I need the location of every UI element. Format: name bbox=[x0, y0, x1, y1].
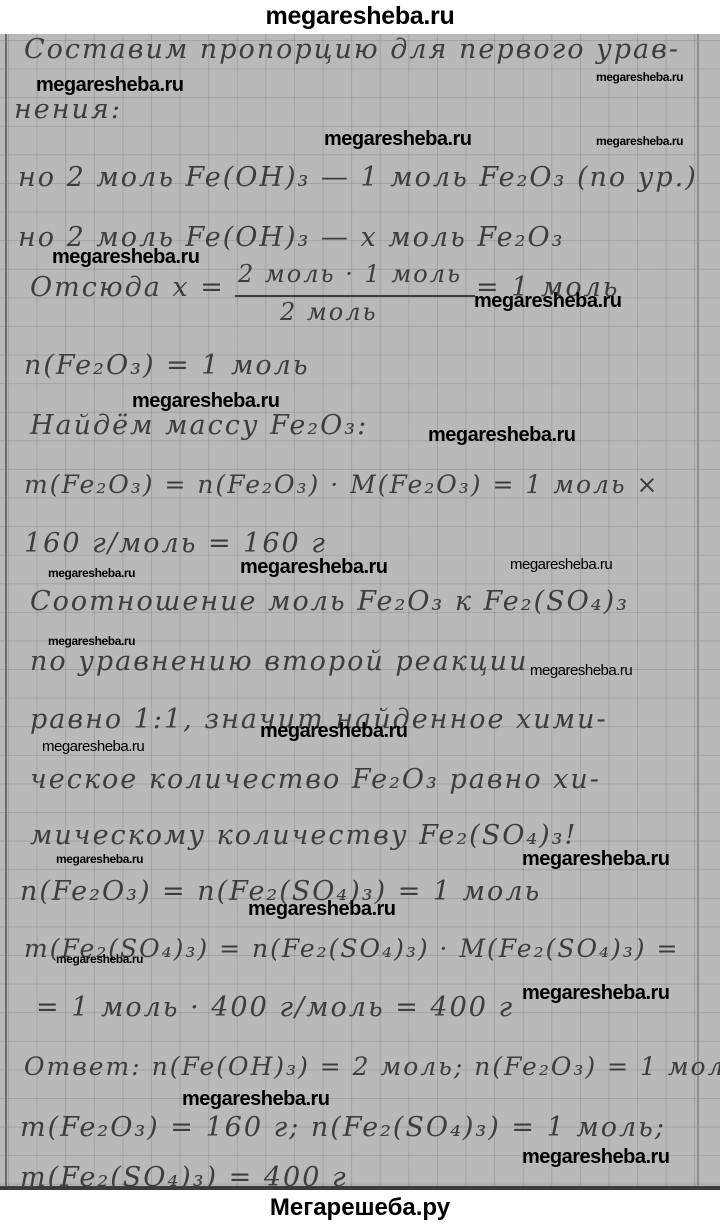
solution-line-11: по уравнению второй реакции bbox=[30, 646, 528, 677]
watermark: megaresheba.ru bbox=[530, 662, 632, 679]
watermark: megaresheba.ru bbox=[48, 566, 135, 580]
watermark: megaresheba.ru bbox=[474, 290, 622, 313]
watermark: megaresheba.ru bbox=[182, 1088, 330, 1111]
solution-line-10: Соотношение моль Fe₂O₃ к Fe₂(SO₄)₃ bbox=[30, 586, 629, 617]
watermark: megaresheba.ru bbox=[48, 634, 135, 648]
watermark: megaresheba.ru bbox=[42, 738, 144, 755]
fraction-numerator: 2 моль · 1 моль bbox=[238, 260, 462, 288]
watermark: megaresheba.ru bbox=[56, 952, 143, 966]
watermark: megaresheba.ru bbox=[240, 556, 388, 579]
watermark: megaresheba.ru bbox=[132, 390, 280, 413]
watermark: megaresheba.ru bbox=[52, 246, 200, 269]
solution-line-13: ческое количество Fe₂O₃ равно хи- bbox=[30, 764, 601, 795]
watermark: megaresheba.ru bbox=[596, 70, 683, 84]
watermark: megaresheba.ru bbox=[596, 134, 683, 148]
solution-line-1: Составим пропорцию для первого урав- bbox=[24, 34, 680, 65]
solution-line-6: n(Fe₂O₃) = 1 моль bbox=[24, 350, 310, 381]
solution-line-2: нения: bbox=[14, 94, 122, 125]
watermark: megaresheba.ru bbox=[260, 720, 408, 743]
watermark: megaresheba.ru bbox=[522, 848, 670, 871]
answer-line-3: m(Fe₂(SO₄)₃) = 400 г bbox=[20, 1162, 348, 1193]
fraction-denominator: 2 моль bbox=[280, 298, 378, 326]
answer-line-1: Ответ: n(Fe(OH)₃) = 2 моль; n(Fe₂O₃) = 1… bbox=[24, 1052, 720, 1081]
solution-line-5: Отсюда x = bbox=[30, 272, 225, 303]
site-footer: Мегарешеба.ру bbox=[0, 1190, 720, 1226]
solution-line-14: мическому количеству Fe₂(SO₄)₃! bbox=[30, 820, 577, 851]
solution-line-17: = 1 моль · 400 г/моль = 400 г bbox=[36, 992, 514, 1023]
watermark: megaresheba.ru bbox=[510, 556, 612, 573]
margin-line-right bbox=[697, 34, 699, 1186]
watermark: megaresheba.ru bbox=[248, 898, 396, 921]
watermark: megaresheba.ru bbox=[36, 74, 184, 97]
answer-line-2: m(Fe₂O₃) = 160 г; n(Fe₂(SO₄)₃) = 1 моль; bbox=[20, 1112, 666, 1143]
watermark: megaresheba.ru bbox=[522, 982, 670, 1005]
watermark: megaresheba.ru bbox=[56, 852, 143, 866]
watermark: megaresheba.ru bbox=[428, 424, 576, 447]
fraction-bar bbox=[235, 295, 475, 297]
solution-line-3: но 2 моль Fe(OH)₃ — 1 моль Fe₂O₃ (по ур.… bbox=[18, 162, 698, 193]
solution-line-8: m(Fe₂O₃) = n(Fe₂O₃) · M(Fe₂O₃) = 1 моль … bbox=[24, 470, 659, 499]
site-header: megaresheba.ru bbox=[0, 0, 720, 34]
solution-line-7: Найдём массу Fe₂O₃: bbox=[30, 410, 368, 441]
watermark: megaresheba.ru bbox=[522, 1146, 670, 1169]
margin-line-left bbox=[5, 34, 7, 1186]
notebook-page: Составим пропорцию для первого урав- нен… bbox=[0, 34, 720, 1190]
watermark: megaresheba.ru bbox=[324, 128, 472, 151]
solution-line-9: 160 г/моль = 160 г bbox=[24, 528, 327, 559]
